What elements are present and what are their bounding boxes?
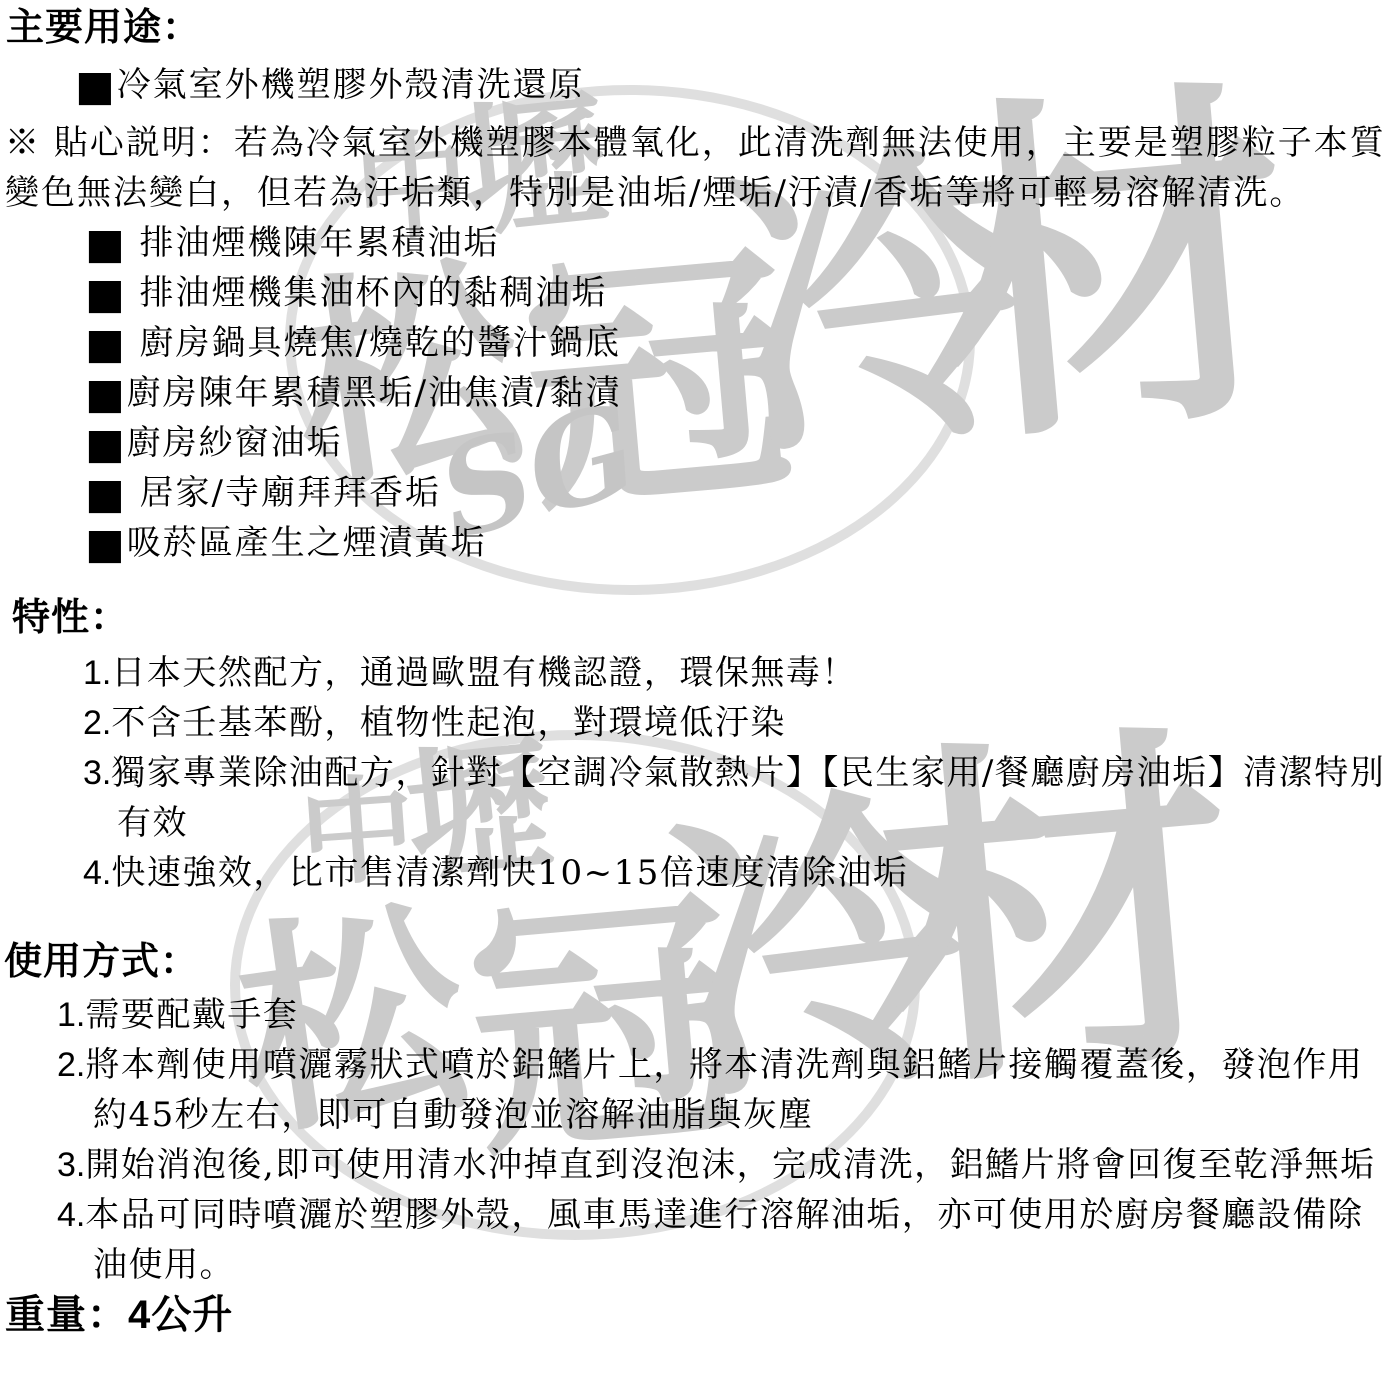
list-item-text: 排油煙機陳年累積油垢	[127, 223, 500, 263]
list-item-number: 4.	[83, 854, 111, 892]
bullet-square-icon: ■	[85, 419, 127, 468]
main-use-primary-text: 冷氣室外機塑膠外殼清洗還原	[117, 65, 585, 105]
list-item-text: 快速強效，比市售清潔劑快10~15倍速度清除油垢	[111, 853, 908, 893]
friendly-note: ※ 貼心説明：若為冷氣室外機塑膠本體氧化，此清洗劑無法使用，主要是塑膠粒子本質變…	[5, 118, 1396, 218]
weight-heading: 重量：4公升	[5, 1292, 1400, 1338]
list-item: ■廚房紗窗油垢	[85, 418, 1400, 468]
description-content: 主要用途： ■冷氣室外機塑膠外殼清洗還原 ※ 貼心説明：若為冷氣室外機塑膠本體氧…	[0, 6, 1400, 1338]
main-use-heading: 主要用途：	[6, 6, 1400, 50]
list-item-number: 1.	[83, 654, 111, 692]
list-item: ■ 排油煙機集油杯內的黏稠油垢	[85, 268, 1400, 318]
bullet-square-icon: ■	[85, 319, 127, 368]
list-item-text: 需要配戴手套	[85, 995, 298, 1035]
features-heading: 特性：	[12, 596, 1400, 640]
list-item-text: 排油煙機集油杯內的黏稠油垢	[127, 273, 608, 313]
list-item: 3.獨家專業除油配方，針對【空調冷氣散熱片】【民生家用/餐廳廚房油垢】清潔特別有…	[83, 748, 1390, 848]
list-item-number: 4.	[57, 1196, 85, 1234]
list-item-text: 居家/寺廟拜拜香垢	[127, 473, 441, 513]
list-item: 3.開始消泡後,即可使用清水沖掉直到沒泡沫，完成清洗，鋁鰭片將會回復至乾淨無垢	[57, 1140, 1396, 1190]
main-use-primary-item: ■冷氣室外機塑膠外殼清洗還原	[75, 60, 1400, 110]
list-item-number: 3.	[57, 1146, 85, 1184]
list-item-text: 不含壬基苯酚，植物性起泡，對環境低汙染	[111, 703, 786, 743]
list-item-number: 2.	[83, 704, 111, 742]
bullet-square-icon: ■	[85, 369, 127, 418]
list-item: ■ 居家/寺廟拜拜香垢	[85, 468, 1400, 518]
features-list: 1.日本天然配方，通過歐盟有機認證，環保無毒！ 2.不含壬基苯酚，植物性起泡，對…	[83, 648, 1390, 898]
list-item-number: 3.	[83, 754, 111, 792]
list-item-text: 日本天然配方，通過歐盟有機認證，環保無毒！	[111, 653, 857, 693]
list-item: 2.將本劑使用噴灑霧狀式噴於鋁鰭片上，將本清洗劑與鋁鰭片接觸覆蓋後，發泡作用約4…	[57, 1040, 1396, 1140]
bullet-square-icon: ■	[85, 469, 127, 518]
bullet-square-icon: ■	[85, 519, 127, 568]
list-item-text: 廚房陳年累積黑垢/油焦漬/黏漬	[127, 373, 622, 413]
main-use-list: ■ 排油煙機陳年累積油垢 ■ 排油煙機集油杯內的黏稠油垢 ■ 廚房鍋具燒焦/燒乾…	[85, 218, 1400, 568]
list-item-text: 獨家專業除油配方，針對【空調冷氣散熱片】【民生家用/餐廳廚房油垢】清潔特別有效	[111, 753, 1385, 843]
list-item: 4.本品可同時噴灑於塑膠外殼，風車馬達進行溶解油垢，亦可使用於廚房餐廳設備除油使…	[57, 1190, 1396, 1290]
list-item: ■ 廚房鍋具燒焦/燒乾的醬汁鍋底	[85, 318, 1400, 368]
list-item-text: 廚房鍋具燒焦/燒乾的醬汁鍋底	[127, 323, 621, 363]
list-item-number: 2.	[57, 1046, 85, 1084]
list-item-text: 廚房紗窗油垢	[127, 423, 343, 463]
list-item: 1.日本天然配方，通過歐盟有機認證，環保無毒！	[83, 648, 1390, 698]
usage-list: 1.需要配戴手套 2.將本劑使用噴灑霧狀式噴於鋁鰭片上，將本清洗劑與鋁鰭片接觸覆…	[57, 990, 1396, 1290]
product-description-page: { "page": { "background": "#ffffff", "te…	[0, 0, 1400, 1400]
bullet-square-icon: ■	[85, 269, 127, 318]
list-item: 1.需要配戴手套	[57, 990, 1396, 1040]
list-item: ■吸菸區產生之煙漬黃垢	[85, 518, 1400, 568]
list-item: ■廚房陳年累積黑垢/油焦漬/黏漬	[85, 368, 1400, 418]
list-item: 4.快速強效，比市售清潔劑快10~15倍速度清除油垢	[83, 848, 1390, 898]
bullet-square-icon: ■	[75, 61, 117, 110]
usage-heading: 使用方式：	[4, 940, 1400, 984]
bullet-square-icon: ■	[85, 219, 127, 268]
list-item-text: 本品可同時噴灑於塑膠外殼，風車馬達進行溶解油垢，亦可使用於廚房餐廳設備除油使用。	[85, 1195, 1363, 1285]
list-item: ■ 排油煙機陳年累積油垢	[85, 218, 1400, 268]
list-item-text: 將本劑使用噴灑霧狀式噴於鋁鰭片上，將本清洗劑與鋁鰭片接觸覆蓋後，發泡作用約45秒…	[85, 1045, 1363, 1135]
list-item: 2.不含壬基苯酚，植物性起泡，對環境低汙染	[83, 698, 1390, 748]
list-item-text: 吸菸區產生之煙漬黃垢	[127, 523, 487, 563]
list-item-text: 開始消泡後,即可使用清水沖掉直到沒泡沫，完成清洗，鋁鰭片將會回復至乾淨無垢	[85, 1145, 1375, 1185]
list-item-number: 1.	[57, 996, 85, 1034]
